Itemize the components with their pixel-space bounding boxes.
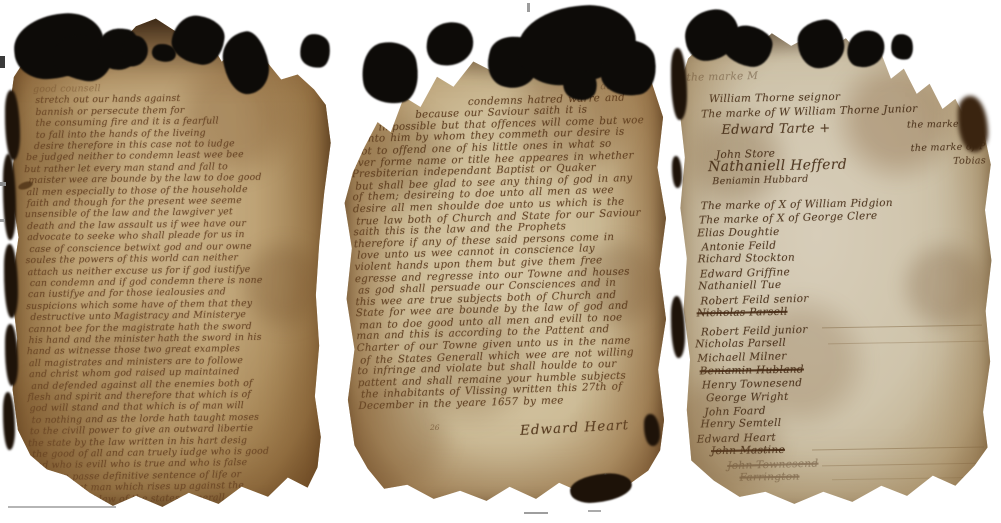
burnt-edge <box>958 96 988 152</box>
parchment-sheet: good counsellstretch out our hands again… <box>4 6 334 513</box>
scan-artifact <box>527 3 530 12</box>
scan-artifact <box>588 510 601 512</box>
manuscript-scan: good counsellstretch out our hands again… <box>0 0 1001 523</box>
burnt-edge <box>671 296 685 358</box>
burn-blob <box>424 19 476 69</box>
page-3-signature-list: the marke MWilliam Thorne seignorThe mar… <box>680 65 985 486</box>
scan-artifact <box>0 182 6 186</box>
scan-artifact <box>8 506 116 508</box>
parchment-sheet: the marke MWilliam Thorne seignorThe mar… <box>672 8 994 513</box>
burnt-edge <box>3 392 15 450</box>
burn-blob <box>298 33 331 70</box>
burnt-edge <box>4 244 18 318</box>
scan-artifact <box>524 512 548 514</box>
burnt-edge <box>671 48 687 120</box>
manuscript-page-1: good counsellstretch out our hands again… <box>4 6 334 513</box>
page-1-body-text: good counsellstretch out our hands again… <box>25 80 329 506</box>
manuscript-page-2: to allcondemns hatred warre andbecause o… <box>338 6 668 511</box>
scan-artifact <box>0 56 5 68</box>
page-number: 26 <box>430 423 440 432</box>
manuscript-line: fundamentall law of the states Generall <box>31 491 329 507</box>
marginal-note: Tobias <box>953 154 986 168</box>
signature-entry: Edward Tarte +the marke of M <box>721 120 979 138</box>
burnt-edge <box>672 156 682 188</box>
scan-artifact <box>0 219 5 222</box>
burnt-edge <box>5 324 18 386</box>
page-2-body-text: to allcondemns hatred warre andbecause o… <box>350 80 659 413</box>
manuscript-page-3: the marke MWilliam Thorne seignorThe mar… <box>672 8 994 513</box>
burn-blob <box>889 32 915 61</box>
burn-blob <box>357 38 423 109</box>
